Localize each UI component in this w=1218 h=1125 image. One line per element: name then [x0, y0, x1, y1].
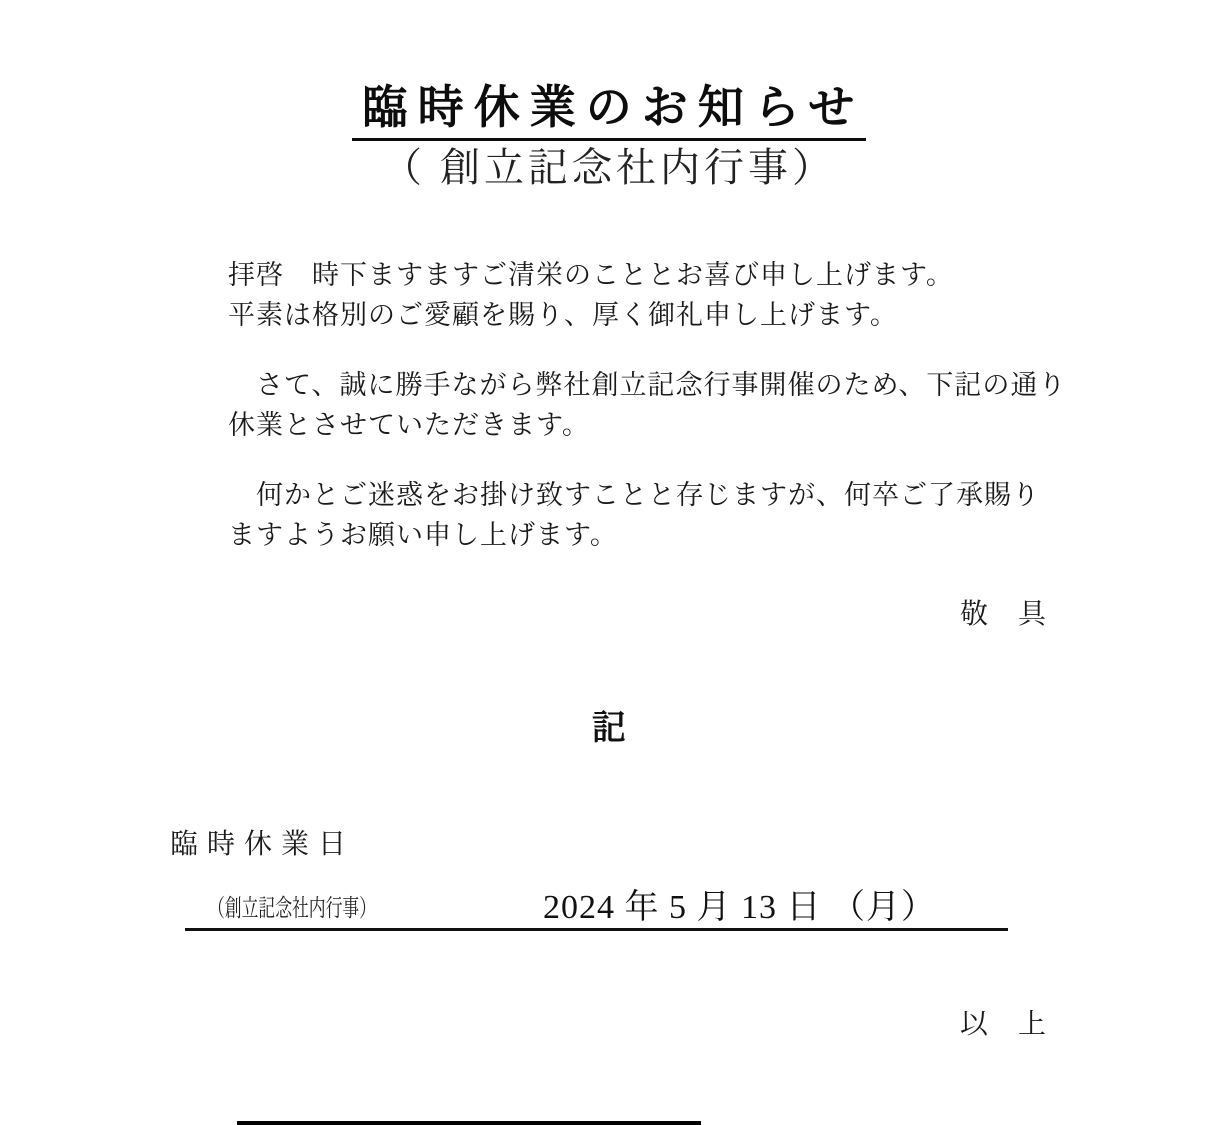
closure-date: 2024 年 5 月 13 日 （月） [543, 879, 936, 928]
greeting-paragraph: 拝啓 時下ますますご清栄のこととお喜び申し上げます。 平素は格別のご愛顧を賜り、… [228, 255, 1028, 335]
closure-day-label: 臨 時 休 業 日 [170, 822, 347, 862]
bottom-bar [237, 1121, 701, 1125]
closure-announcement-line-1: さて、誠に勝手ながら弊社創立記念行事開催のため、下記の通り [228, 365, 1028, 405]
apology-paragraph: 何かとご迷惑をお掛け致すことと存じますが、何卒ご了承賜り ますようお願い申し上げ… [228, 475, 1028, 555]
closure-announcement-paragraph: さて、誠に勝手ながら弊社創立記念行事開催のため、下記の通り 休業とさせていただき… [228, 365, 1028, 445]
closing-keigu: 敬 具 [960, 592, 1047, 632]
record-heading-ki: 記 [0, 700, 1218, 749]
end-marker-ijou: 以 上 [960, 1002, 1047, 1042]
apology-line-1: 何かとご迷惑をお掛け致すことと存じますが、何卒ご了承賜り [228, 475, 1028, 515]
greeting-line-2: 平素は格別のご愛顧を賜り、厚く御礼申し上げます。 [228, 295, 1028, 335]
apology-line-2: ますようお願い申し上げます。 [228, 515, 1028, 555]
document-subtitle: （ 創立記念社内行事） [0, 145, 1218, 191]
notice-document: 臨時休業のお知らせ （ 創立記念社内行事） 拝啓 時下ますますご清栄のこととお喜… [0, 0, 1218, 1125]
greeting-line-1: 拝啓 時下ますますご清栄のこととお喜び申し上げます。 [228, 255, 1028, 295]
closure-date-line: （創立記念社内行事） 2024 年 5 月 13 日 （月） [185, 885, 1008, 931]
document-title: 臨時休業のお知らせ [352, 82, 867, 141]
closure-announcement-line-2: 休業とさせていただきます。 [228, 405, 1028, 445]
title-block: 臨時休業のお知らせ （ 創立記念社内行事） [0, 82, 1218, 191]
closure-event-label: （創立記念社内行事） [208, 888, 376, 923]
